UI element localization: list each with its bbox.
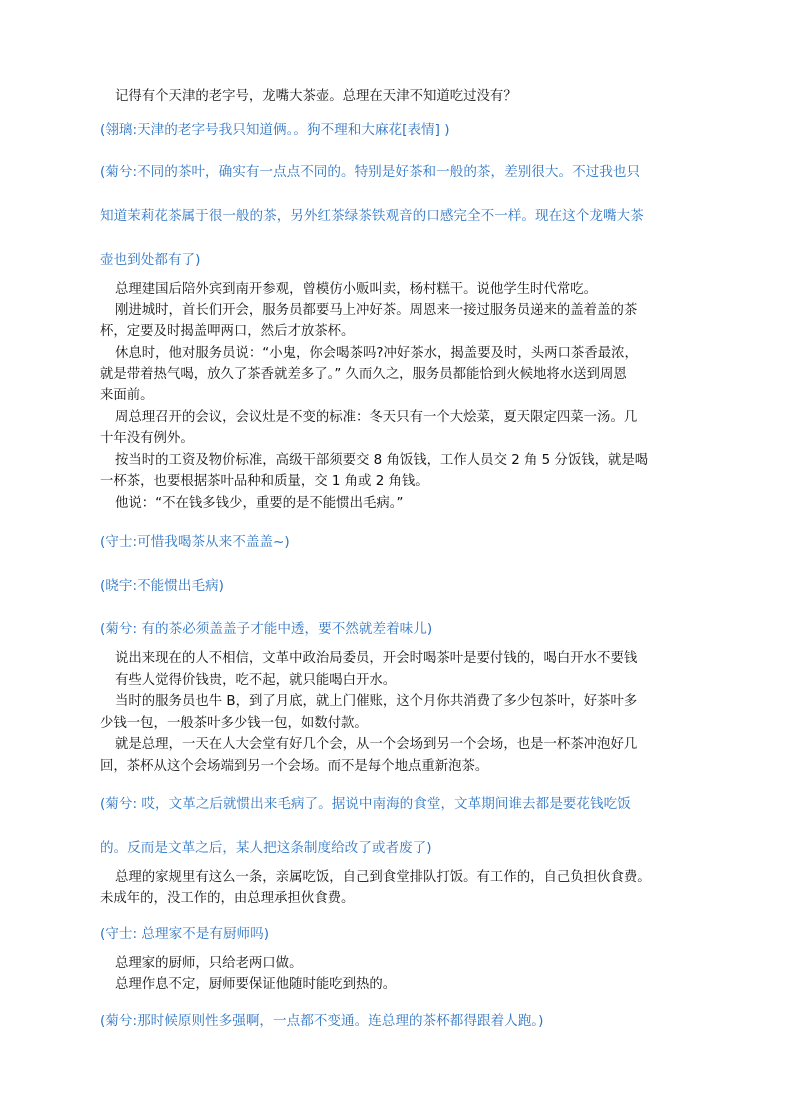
body-line: 十年没有例外。: [100, 430, 194, 448]
comment-line: 知道茉莉花茶属于很一般的茶，另外红茶绿茶铁观音的口感完全不一样。现在这个龙嘴大茶: [100, 207, 644, 225]
body-line: 记得有个天津的老字号，龙嘴大茶壶。总理在天津不知道吃过没有？: [100, 88, 517, 106]
body-line: 少钱一包，一般茶叶多少钱一包，如数付款。: [100, 715, 368, 733]
comment-line: (菊兮: 有的茶必须盖盖子才能中透，要不然就差着味儿): [100, 620, 432, 638]
body-line: 周总理召开的会议，会议灶是不变的标准：冬天只有一个大烩菜，夏天限定四菜一汤。几: [100, 409, 637, 427]
body-line: 就是带着热气喝，放久了茶香就差多了。” 久而久之，服务员都能恰到火候地将水送到周…: [100, 366, 627, 384]
body-line: 杯，定要及时揭盖呷两口，然后才放茶杯。: [100, 323, 354, 341]
body-line: 总理的家规里有这么一条，亲属吃饭，自己到食堂排队打饭。有工作的，自己负担伙食费。: [100, 869, 651, 887]
body-line: 刚进城时，首长们开会，服务员都要马上冲好茶。周恩来一接过服务员递来的盖着盖的茶: [100, 302, 637, 320]
comment-line: (菊兮:那时候原则性多强啊，一点都不变通。连总理的茶杯都得跟着人跑。): [100, 1012, 543, 1030]
comment-line: (翎璃:天津的老字号我只知道俩。。狗不理和大麻花[表情] ): [100, 121, 450, 139]
body-line: 总理作息不定，厨师要保证他随时能吃到热的。: [100, 976, 396, 994]
comment-line: (菊兮: 哎，文革之后就惯出来毛病了。据说中南海的食堂，文革期间谁去都是要花钱吃…: [100, 795, 631, 813]
body-line: 总理家的厨师，只给老两口做。: [100, 955, 302, 973]
body-line: 一杯茶，也要根据茶叶品种和质量，交 1 角或 2 角钱。: [100, 473, 429, 491]
comment-line: (守士:可惜我喝茶从来不盖盖~): [100, 533, 290, 551]
comment-line: (菊兮:不同的茶叶，确实有一点点不同的。特别是好茶和一般的茶，差别很大。不过我也…: [100, 163, 640, 181]
body-line: 总理建国后陪外宾到南开参观，曾模仿小贩叫卖，杨村糕干。说他学生时代常吃。: [100, 281, 597, 299]
body-line: 来面前。: [100, 387, 154, 405]
body-line: 休息时，他对服务员说：“小鬼，你会喝茶吗?冲好茶水，揭盖要及时，头两口茶香最浓，: [100, 345, 638, 363]
comment-line: (晓宇:不能惯出毛病): [100, 577, 224, 595]
body-line: 按当时的工资及物价标准，高级干部须要交 8 角饭钱，工作人员交 2 角 5 分饭…: [100, 452, 648, 470]
comment-line: 的。反而是文革之后，某人把这条制度给改了或者废了): [100, 839, 432, 857]
body-line: 他说：“不在钱多钱少，重要的是不能惯出毛病。”: [100, 495, 403, 513]
comment-line: 壶也到处都有了): [100, 251, 200, 269]
comment-line: (守士: 总理家不是有厨师吗): [100, 925, 269, 943]
body-line: 说出来现在的人不相信，文革中政治局委员，开会时喝茶叶是要付钱的，喝白开水不要钱: [100, 650, 637, 668]
body-line: 回，茶杯从这个会场端到另一个会场。而不是每个地点重新泡茶。: [100, 758, 488, 776]
body-line: 有些人觉得价钱贵，吃不起，就只能喝白开水。: [100, 672, 396, 690]
body-line: 未成年的，没工作的，由总理承担伙食费。: [100, 890, 354, 908]
body-line: 就是总理，一天在人大会堂有好几个会，从一个会场到另一个会场，也是一杯茶冲泡好几: [100, 736, 637, 754]
body-line: 当时的服务员也牛 B，到了月底，就上门催账，这个月你共消费了多少包茶叶，好茶叶多: [100, 693, 637, 711]
